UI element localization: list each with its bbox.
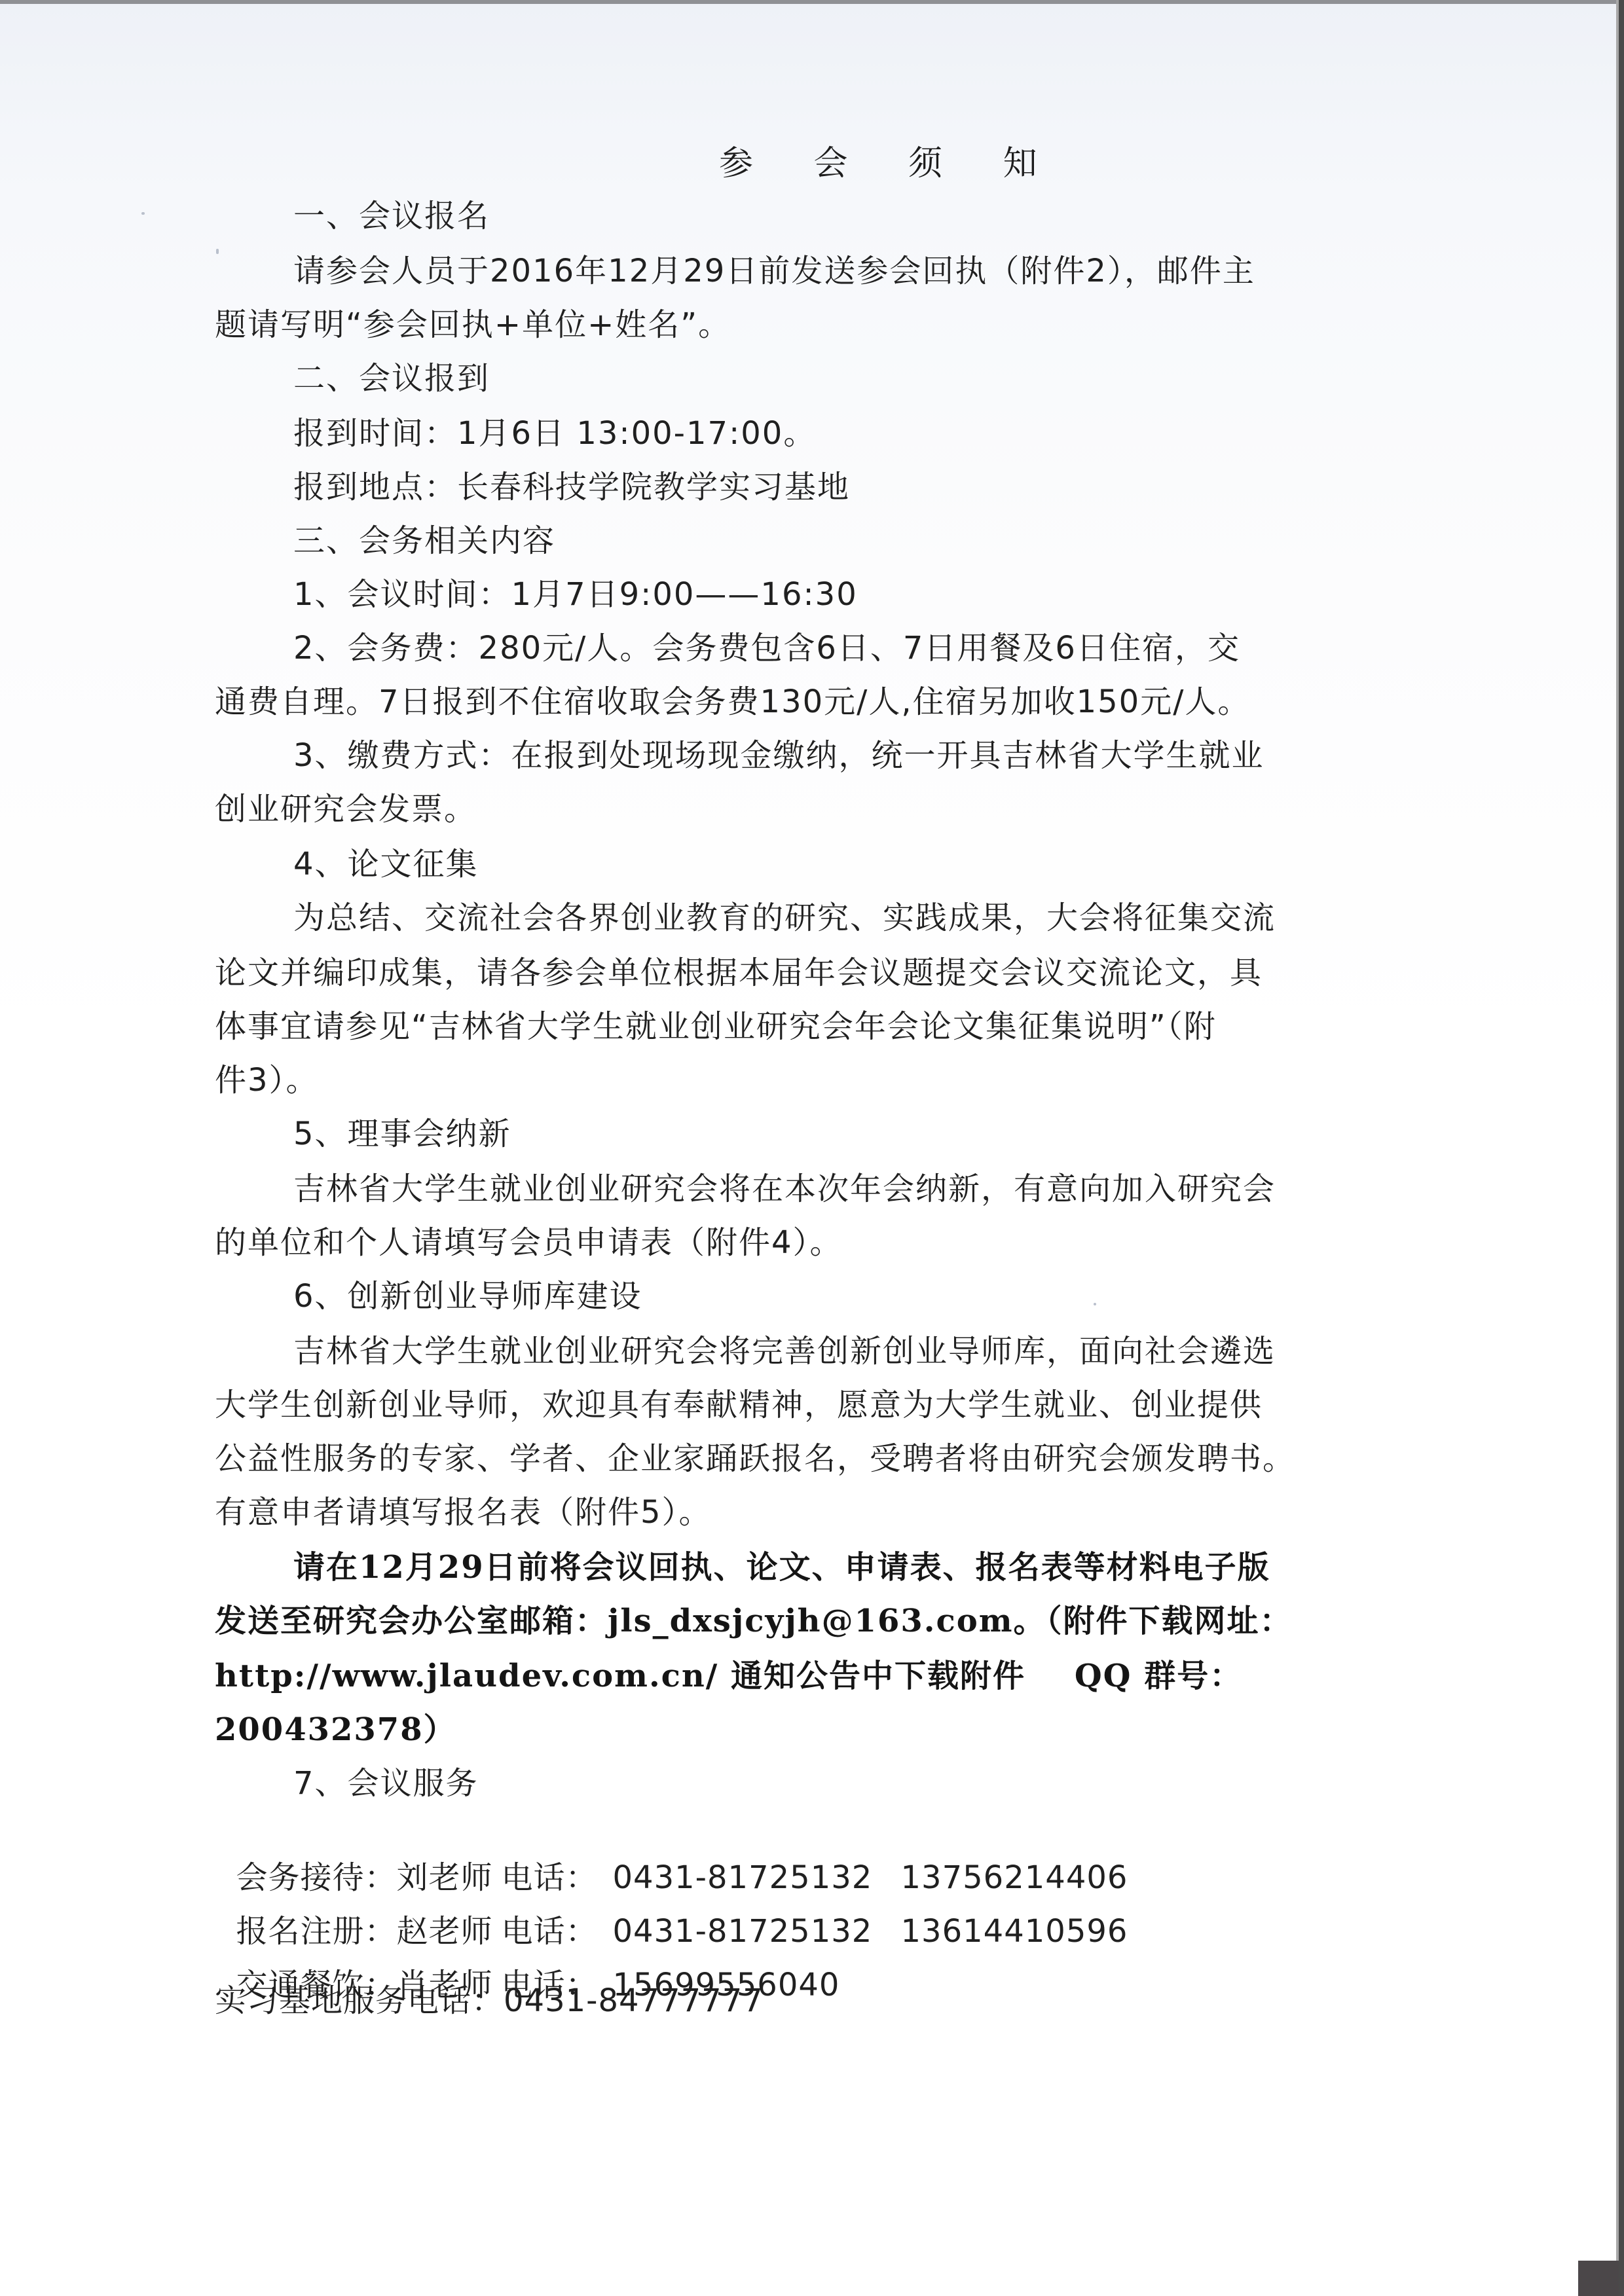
notice-email-line: 发送至研究会办公室邮箱：jls_dxsjcyjh@163.com。（附件下载网址… <box>215 1601 1293 1641</box>
document-title: 参 会 须 知 <box>719 143 1062 185</box>
meeting-time: 1、会议时间：1月7日9:00——16:30 <box>293 575 858 614</box>
paragraph-line: 为总结、交流社会各界创业教育的研究、实践成果，大会将征集交流 <box>293 898 1276 938</box>
base-service-phone: 实习基地服务电话：0431-84777777 <box>215 1981 764 2020</box>
notice-line: 请在12月29日前将会议回执、论文、申请表、报名表等材料电子版 <box>293 1548 1270 1587</box>
paragraph-line: 大学生创新创业导师，欢迎具有奉献精神，愿意为大学生就业、创业提供 <box>215 1385 1263 1425</box>
subheading-membership: 5、理事会纳新 <box>293 1114 511 1154</box>
paragraph-line: 吉林省大学生就业创业研究会将在本次年会纳新，有意向加入研究会 <box>293 1169 1276 1209</box>
section-heading-registration: 一、会议报名 <box>293 196 490 236</box>
paragraph-line: 公益性服务的专家、学者、企业家踊跃报名，受聘者将由研究会颁发聘书。 <box>215 1439 1295 1478</box>
scan-speck <box>141 212 145 215</box>
checkin-time: 报到时间：1月6日 13:00-17:00。 <box>293 414 816 453</box>
section-heading-affairs: 三、会务相关内容 <box>293 521 555 560</box>
paragraph-line: 通费自理。7日报到不住宿收取会务费130元/人,住宿另加收150元/人。 <box>215 682 1250 721</box>
paragraph-line: 论文并编印成集，请各参会单位根据本届年会议题提交会议交流论文，具 <box>215 953 1263 993</box>
paragraph-line: 件3）。 <box>215 1061 319 1100</box>
scan-corner-block <box>1578 2261 1619 2296</box>
subheading-services: 7、会议服务 <box>293 1764 479 1803</box>
subheading-mentors: 6、创新创业导师库建设 <box>293 1277 642 1316</box>
checkin-place: 报到地点：长春科技学院教学实习基地 <box>293 467 850 507</box>
mobile-phone: 13614410596 <box>901 1912 1128 1951</box>
paragraph-line: 请参会人员于2016年12月29日前发送参会回执（附件2），邮件主 <box>293 251 1255 291</box>
paragraph-line: 题请写明“参会回执+单位+姓名”。 <box>215 305 731 344</box>
paragraph-line: 体事宜请参见“吉林省大学生就业创业研究会年会论文集征集说明”（附 <box>215 1007 1217 1046</box>
paragraph-line: 有意申者请填写报名表（附件5）。 <box>215 1493 712 1532</box>
paragraph-line: 吉林省大学生就业创业研究会将完善创新创业导师库，面向社会遴选 <box>293 1332 1276 1371</box>
paragraph-line: 创业研究会发票。 <box>215 790 477 829</box>
scan-speck <box>1094 1303 1096 1305</box>
paragraph-line: 3、缴费方式：在报到处现场现金缴纳，统一开具吉林省大学生就业 <box>293 736 1264 775</box>
notice-url-line: http://www.jlaudev.com.cn/ 通知公告中下载附件 QQ … <box>215 1656 1242 1696</box>
paragraph-line: 2、会务费：280元/人。会务费包含6日、7日用餐及6日住宿，交 <box>293 629 1240 668</box>
scan-speck <box>216 249 219 254</box>
section-heading-checkin: 二、会议报到 <box>293 359 490 398</box>
notice-qq-line: 200432378） <box>215 1710 456 1749</box>
scan-right-edge <box>1619 0 1624 2296</box>
subheading-papers: 4、论文征集 <box>293 845 479 884</box>
scan-top-edge <box>0 0 1624 4</box>
paragraph-line: 的单位和个人请填写会员申请表（附件4）。 <box>215 1223 843 1262</box>
